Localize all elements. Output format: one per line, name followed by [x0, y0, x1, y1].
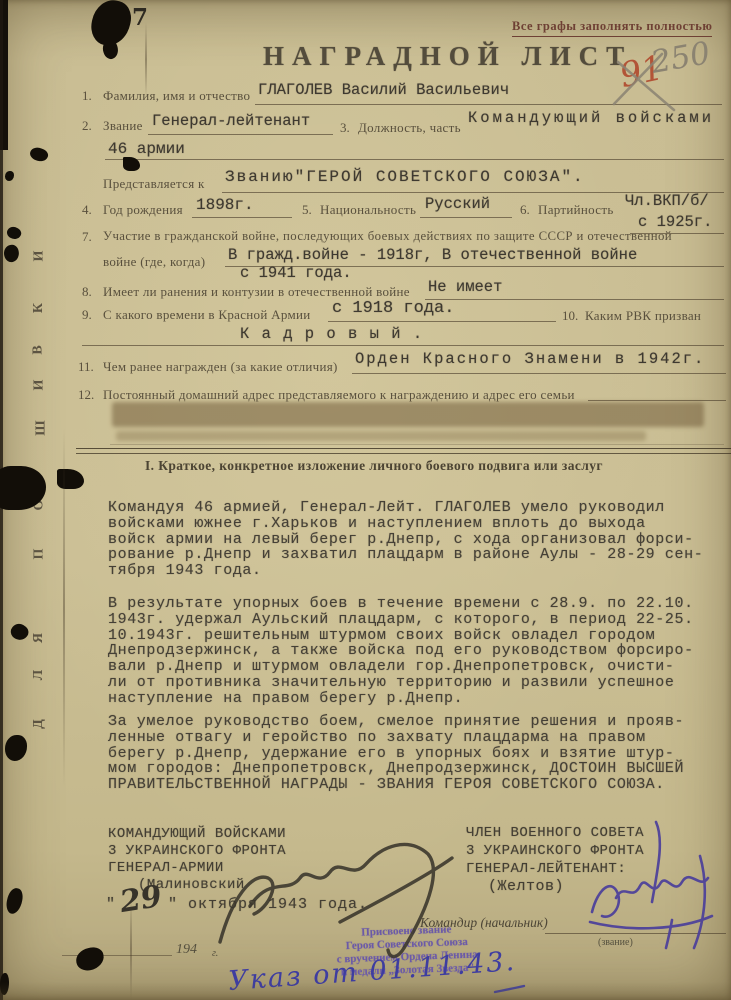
rule [425, 299, 724, 300]
left-signer-title-3: ГЕНЕРАЛ-АРМИИ [108, 860, 224, 876]
rule [192, 217, 292, 218]
field-3-label: Должность, часть [358, 120, 461, 136]
date-rest: " октября 1943 года. [168, 896, 368, 913]
field-1-number: 1. [82, 88, 92, 104]
fold-crease [63, 428, 65, 788]
page-title: НАГРАДНОЙ ЛИСТ [263, 41, 632, 72]
field-4-number: 4. [82, 202, 92, 218]
bottom-shade [0, 982, 731, 1000]
field-7-value-2: с 1941 года. [240, 264, 352, 282]
left-signer-title-1: КОМАНДУЮЩИЙ ВОЙСКАМИ [108, 826, 286, 842]
paper-damage [74, 945, 106, 972]
field-8-number: 8. [82, 284, 92, 300]
field-1-value: ГЛАГОЛЕВ Василий Васильевич [258, 81, 509, 99]
margin-letter: И [31, 380, 47, 391]
rank-label: (звание) [598, 937, 633, 948]
field-9-number: 9. [82, 307, 92, 323]
presented-for-value: Званию"ГЕРОЙ СОВЕТСКОГО СОЮЗА". [225, 168, 585, 186]
field-2-label: Звание [103, 118, 143, 134]
field-9-label: С какого времени в Красной Армии [103, 307, 311, 323]
right-signer-title-1: ЧЛЕН ВОЕННОГО СОВЕТА [466, 825, 644, 841]
date-open-quote: " [106, 896, 116, 913]
right-signer-name: (Желтов) [488, 878, 564, 895]
margin-letter: В [31, 345, 47, 354]
paper-damage [5, 887, 24, 915]
fill-all-note: Все графы заполнять полностью [512, 19, 712, 37]
rule [545, 933, 726, 934]
field-10-label: Каким РВК призван [585, 308, 701, 324]
year-blank: 194 [176, 942, 197, 958]
field-3-number: 3. [340, 120, 350, 136]
field-8-label: Имеет ли ранения и контузии в отечествен… [103, 284, 410, 300]
paper-damage [28, 145, 50, 164]
field-12-label: Постоянный домашний адрес представляемог… [103, 387, 575, 403]
fold-crease [145, 22, 147, 97]
paper-damage [5, 171, 14, 181]
rule [588, 400, 726, 401]
field-12-number: 12. [78, 387, 94, 403]
paper-damage [2, 243, 21, 263]
field-11-label: Чем ранее награжден (за какие отличия) [103, 359, 338, 375]
margin-letter: К [31, 303, 47, 313]
field-3-value-2: 46 армии [108, 140, 185, 158]
citation-paragraph-1: Командуя 46 армией, Генерал-Лейт. ГЛАГОЛ… [108, 500, 708, 579]
field-1-label: Фамилия, имя и отчество [103, 88, 250, 104]
field-3-value: Командующий войсками [468, 109, 714, 127]
margin-letter: Ш [34, 420, 50, 435]
margin-letter: Д [31, 719, 47, 729]
citation-paragraph-2: В результате упорных боев в течение врем… [108, 596, 708, 707]
field-9-value: с 1918 года. [332, 299, 454, 318]
presented-for-label: Представляется к [103, 176, 205, 192]
year-blank-g: г. [212, 948, 218, 959]
rule [420, 217, 512, 218]
field-2-value: Генерал-лейтенант [152, 112, 310, 130]
section-divider [76, 448, 731, 454]
paper-damage [5, 735, 27, 761]
field-6-label: Партийность [538, 202, 614, 218]
margin-letter: И [31, 251, 47, 262]
redacted-address-smudge-2 [116, 431, 646, 441]
field-11-value: Орден Красного Знамени в 1942г. [355, 350, 705, 368]
rule [255, 104, 722, 105]
field-10-number: 10. [562, 308, 578, 324]
field-6-value: Чл.ВКП/б/ [625, 192, 709, 210]
handwritten-day: 29 [118, 879, 165, 920]
left-signer-title-2: 3 УКРАИНСКОГО ФРОНТА [108, 843, 286, 859]
field-7-label: Участие в гражданской войне, последующих… [103, 229, 672, 244]
field-7-number: 7. [82, 229, 92, 245]
rule [328, 321, 556, 322]
field-11-number: 11. [78, 359, 94, 375]
redacted-address-smudge [112, 402, 704, 427]
section-1-heading: I. Краткое, конкретное изложение личного… [145, 458, 603, 474]
field-10-value: К а д р о в ы й . [240, 325, 424, 343]
right-signer-title-2: 3 УКРАИНСКОГО ФРОНТА [466, 843, 644, 859]
field-5-label: Национальность [320, 202, 416, 218]
rule [352, 373, 726, 374]
margin-letter: Я [31, 633, 47, 643]
right-signer-title-3: ГЕНЕРАЛ-ЛЕЙТЕНАНТ: [466, 861, 626, 877]
rule [148, 134, 333, 135]
field-4-label: Год рождения [103, 202, 183, 218]
paper-damage [57, 469, 84, 489]
margin-letter: Л [31, 670, 47, 680]
paper-damage [123, 157, 140, 171]
field-5-number: 5. [302, 202, 312, 218]
field-2-number: 2. [82, 118, 92, 134]
citation-paragraph-3: За умелое руководство боем, смелое приня… [108, 714, 708, 793]
rule [110, 444, 724, 445]
paper-damage [8, 620, 31, 643]
rule [82, 345, 724, 346]
field-8-value: Не имеет [428, 278, 502, 296]
rule [105, 159, 724, 160]
pencil-number: 250 [648, 35, 713, 81]
paper-damage [5, 224, 23, 241]
field-7-label-2: войне (где, когда) [103, 254, 205, 270]
margin-letter: П [31, 549, 47, 560]
field-5-value: Русский [425, 195, 490, 213]
field-7-value: В гражд.войне - 1918г, В отечественной в… [228, 246, 637, 264]
field-6-number: 6. [520, 202, 530, 218]
field-4-value: 1898г. [196, 196, 254, 214]
award-sheet-document: 597 Все графы заполнять полностью НАГРАД… [0, 0, 731, 1000]
